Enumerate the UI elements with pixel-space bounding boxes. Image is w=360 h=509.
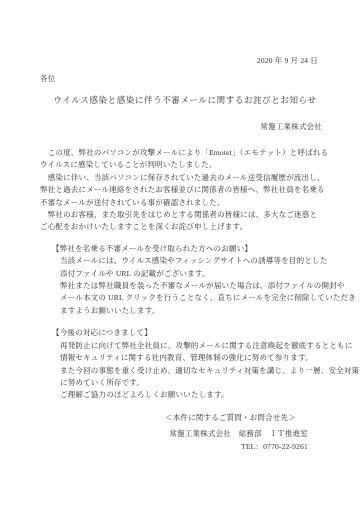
- section-heading-suspicious-mail: 【弊社を名乗る不審メールを受け取られた方へのお願い】: [52, 243, 330, 255]
- document-page: 2020 年 9 月 24 日 各位 ウイルス感染と感染に伴う不審メールに関する…: [0, 0, 360, 509]
- intro-paragraphs: この度、弊社のパソコンが攻撃メールにより「Emotet」（エモテット）と呼ばれる…: [40, 147, 330, 234]
- body-line: 感染に伴い、当該パソコンに保存されていた過去のメール送受信履歴が流出し、: [40, 172, 330, 184]
- body-line: 弊社と過去にメール連絡をされたお客様並びに関係者の皆様へ、弊社社員を名乗る: [40, 184, 330, 196]
- contact-block: 常盤工業株式会社 総務部 ＩＴ推進室 TEL：0770-22-9261: [40, 428, 308, 453]
- document-title: ウイルス感染と感染に伴う不審メールに関するお詫びとお知らせ: [40, 94, 330, 106]
- section-body-future-response: 再発防止に向けて弊社全社員に、攻撃的メールに関する注意喚起を徹底するとともに 情…: [60, 340, 330, 402]
- section-line: 当該メールには、ウイルス感染やフィッシングサイトへの誘導等を目的とした: [60, 255, 330, 267]
- section-line: 情報セキュリティに関する社内教育、管理体制の強化に努めて参ります。: [60, 352, 330, 364]
- contact-heading: ＜本件に関するご質問・お問合せ先＞: [165, 412, 330, 424]
- section-line: また今回の事態を重く受け止め、適切なセキュリティ対策を講じ、より一層、安全対策: [60, 365, 330, 377]
- addressee: 各位: [40, 74, 330, 84]
- body-line: この度、弊社のパソコンが攻撃メールにより「Emotet」（エモテット）と呼ばれる: [40, 147, 330, 159]
- section-line: ますようお願いいたします。: [60, 305, 330, 317]
- section-line: メール本文の URL クリックを行うことなく、直ちにメールを完全に削除していただ…: [60, 292, 330, 304]
- body-line: 弊社のお客様、また取引先をはじめとする関係者の皆様には、多大なご迷惑と: [40, 209, 330, 221]
- section-line: ご理解ご協力のほどよろしくお願いいたします。: [60, 389, 330, 401]
- company-signature: 常盤工業株式会社: [40, 122, 322, 132]
- section-body-suspicious-mail: 当該メールには、ウイルス感染やフィッシングサイトへの誘導等を目的とした 添付ファ…: [60, 255, 330, 317]
- section-heading-future-response: 【今後の対応につきまして】: [52, 327, 330, 339]
- section-line: 添付ファイルや URL の記載がございます。: [60, 268, 330, 280]
- contact-org: 常盤工業株式会社 総務部 ＩＴ推進室: [40, 428, 308, 440]
- section-line: 弊社または弊社職員を装った不審なメールが届いた場合は、添付ファイルの開封や: [60, 280, 330, 292]
- section-line: 再発防止に向けて弊社全社員に、攻撃的メールに関する注意喚起を徹底するとともに: [60, 340, 330, 352]
- section-line: に努めていく所存です。: [60, 377, 330, 389]
- contact-tel: TEL：0770-22-9261: [40, 441, 308, 453]
- document-date: 2020 年 9 月 24 日: [40, 56, 318, 66]
- body-line: 不審なメールが送付されている事が確認されました。: [40, 197, 330, 209]
- body-line: ウイルスに感染していることが判明いたしました。: [40, 159, 330, 171]
- body-line: ご心配をおかけいたしますことを深くお詫び申し上げます。: [40, 221, 330, 233]
